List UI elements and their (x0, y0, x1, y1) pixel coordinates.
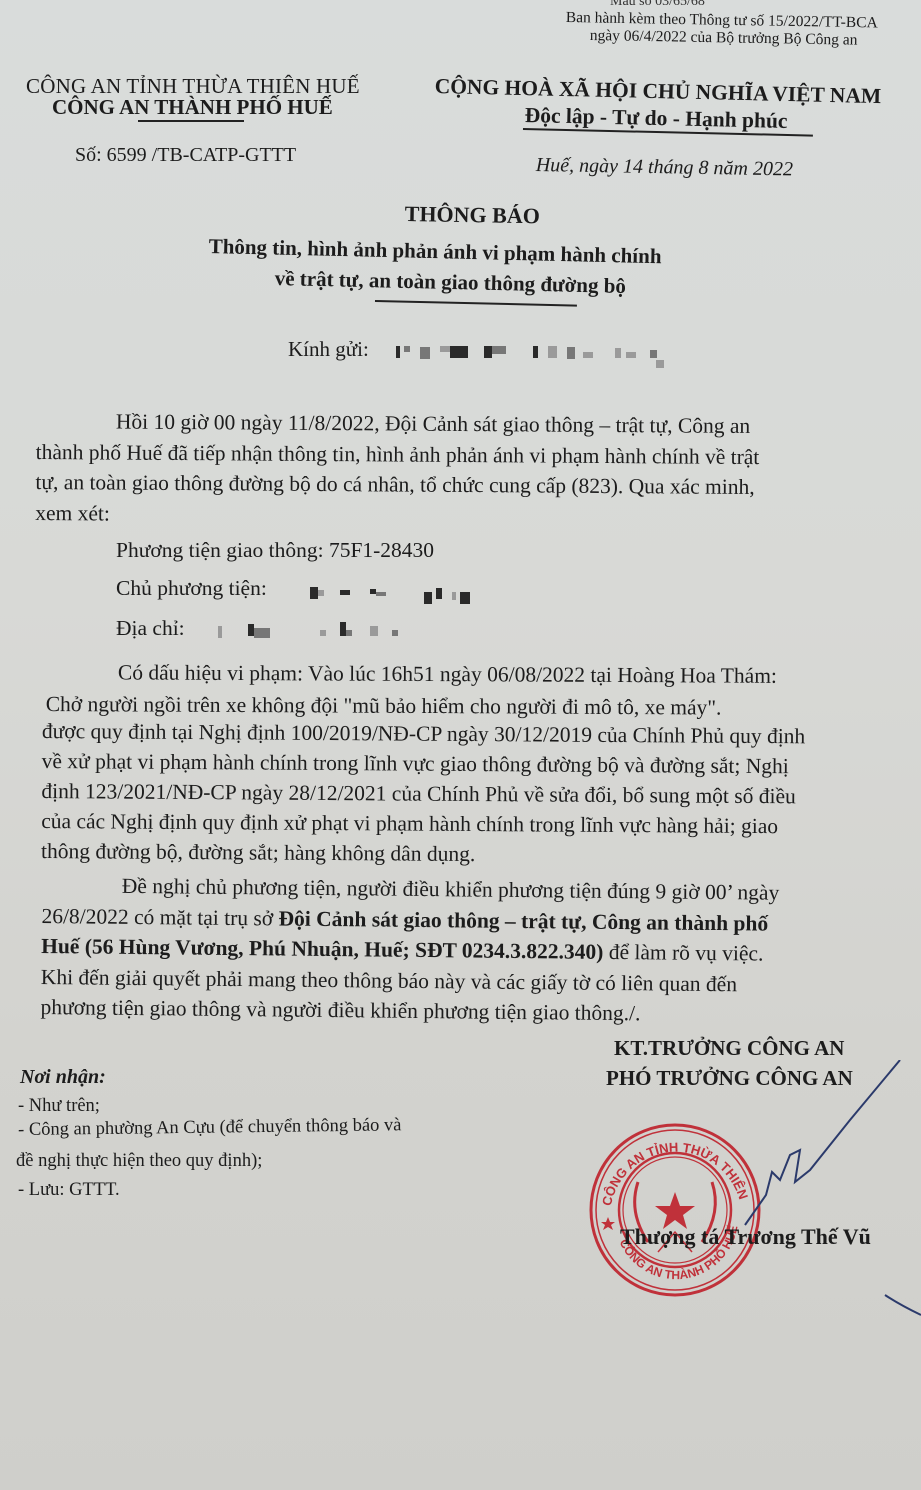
form-code: Mẫu số 03/65/68 (610, 0, 705, 10)
place-date: Huế, ngày 14 tháng 8 năm 2022 (536, 154, 794, 181)
signer-name: Thượng tá Trương Thế Vũ (620, 1224, 871, 1250)
agency-underline (138, 120, 244, 122)
recipient-label: Kính gửi: (288, 337, 369, 362)
nation-title: CỘNG HOÀ XÃ HỘI CHỦ NGHĨA VIỆT NAM (434, 74, 881, 109)
intro-line: thành phố Huế đã tiếp nhận thông tin, hì… (36, 436, 760, 472)
legal-line: thông đường bộ, đường sắt; hàng không dâ… (41, 836, 805, 871)
legal-basis-paragraph: được quy định tại Nghị định 100/2019/NĐ-… (41, 716, 805, 871)
handwritten-signature-icon (700, 1060, 921, 1320)
violation-line: Có dấu hiệu vi phạm: Vào lúc 16h51 ngày … (46, 656, 777, 692)
intro-paragraph: Hồi 10 giờ 00 ngày 11/8/2022, Đội Cảnh s… (35, 406, 760, 533)
agency-name: CÔNG AN THÀNH PHỐ HUẾ (52, 95, 333, 120)
intro-line: xem xét: (35, 497, 759, 533)
recipient-item: đề nghị thực hiện theo quy định); (16, 1151, 262, 1172)
owner-field: Chủ phương tiện: (116, 576, 267, 601)
request-text: để làm rõ vụ việc. (603, 940, 763, 966)
recipient-item: - Lưu: GTTT. (18, 1180, 120, 1201)
violation-paragraph: Có dấu hiệu vi phạm: Vào lúc 16h51 ngày … (46, 656, 777, 724)
document-subtitle-line2: về trật tự, an toàn giao thông đường bộ (274, 266, 626, 299)
address-label: Địa chỉ: (116, 616, 185, 640)
subtitle-underline (375, 300, 577, 306)
request-text: 26/8/2022 có mặt tại trụ sở (41, 903, 278, 929)
request-paragraph: Đề nghị chủ phương tiện, người điều khiể… (40, 870, 779, 1030)
recipient-item: - Công an phường An Cựu (để chuyển thông… (18, 1115, 402, 1141)
vehicle-plate: 75F1-28430 (329, 538, 434, 562)
office-name: Đội Cảnh sát giao thông – trật tự, Công … (278, 906, 768, 935)
intro-line: tự, an toàn giao thông đường bộ do cá nh… (35, 467, 759, 503)
document-number: Số: 6599 /TB-CATP-GTTT (75, 144, 296, 167)
owner-label: Chủ phương tiện: (116, 576, 267, 600)
signer-title-line1: KT.TRƯỞNG CÔNG AN (614, 1036, 844, 1061)
recipient-item: - Như trên; (18, 1096, 100, 1117)
vehicle-field: Phương tiện giao thông: 75F1-28430 (116, 538, 434, 563)
vehicle-label: Phương tiện giao thông: (116, 538, 324, 562)
intro-line: Hồi 10 giờ 00 ngày 11/8/2022, Đội Cảnh s… (36, 406, 760, 442)
document-subtitle-line1: Thông tin, hình ảnh phản ánh vi phạm hàn… (208, 234, 661, 269)
address-field: Địa chỉ: (116, 616, 185, 641)
issued-with-line2: ngày 06/4/2022 của Bộ trưởng Bộ Công an (590, 27, 858, 50)
document-title: THÔNG BÁO (405, 201, 541, 229)
recipients-label: Nơi nhận: (20, 1066, 106, 1089)
office-address: Huế (56 Hùng Vương, Phú Nhuận, Huế; SĐT … (41, 934, 603, 964)
